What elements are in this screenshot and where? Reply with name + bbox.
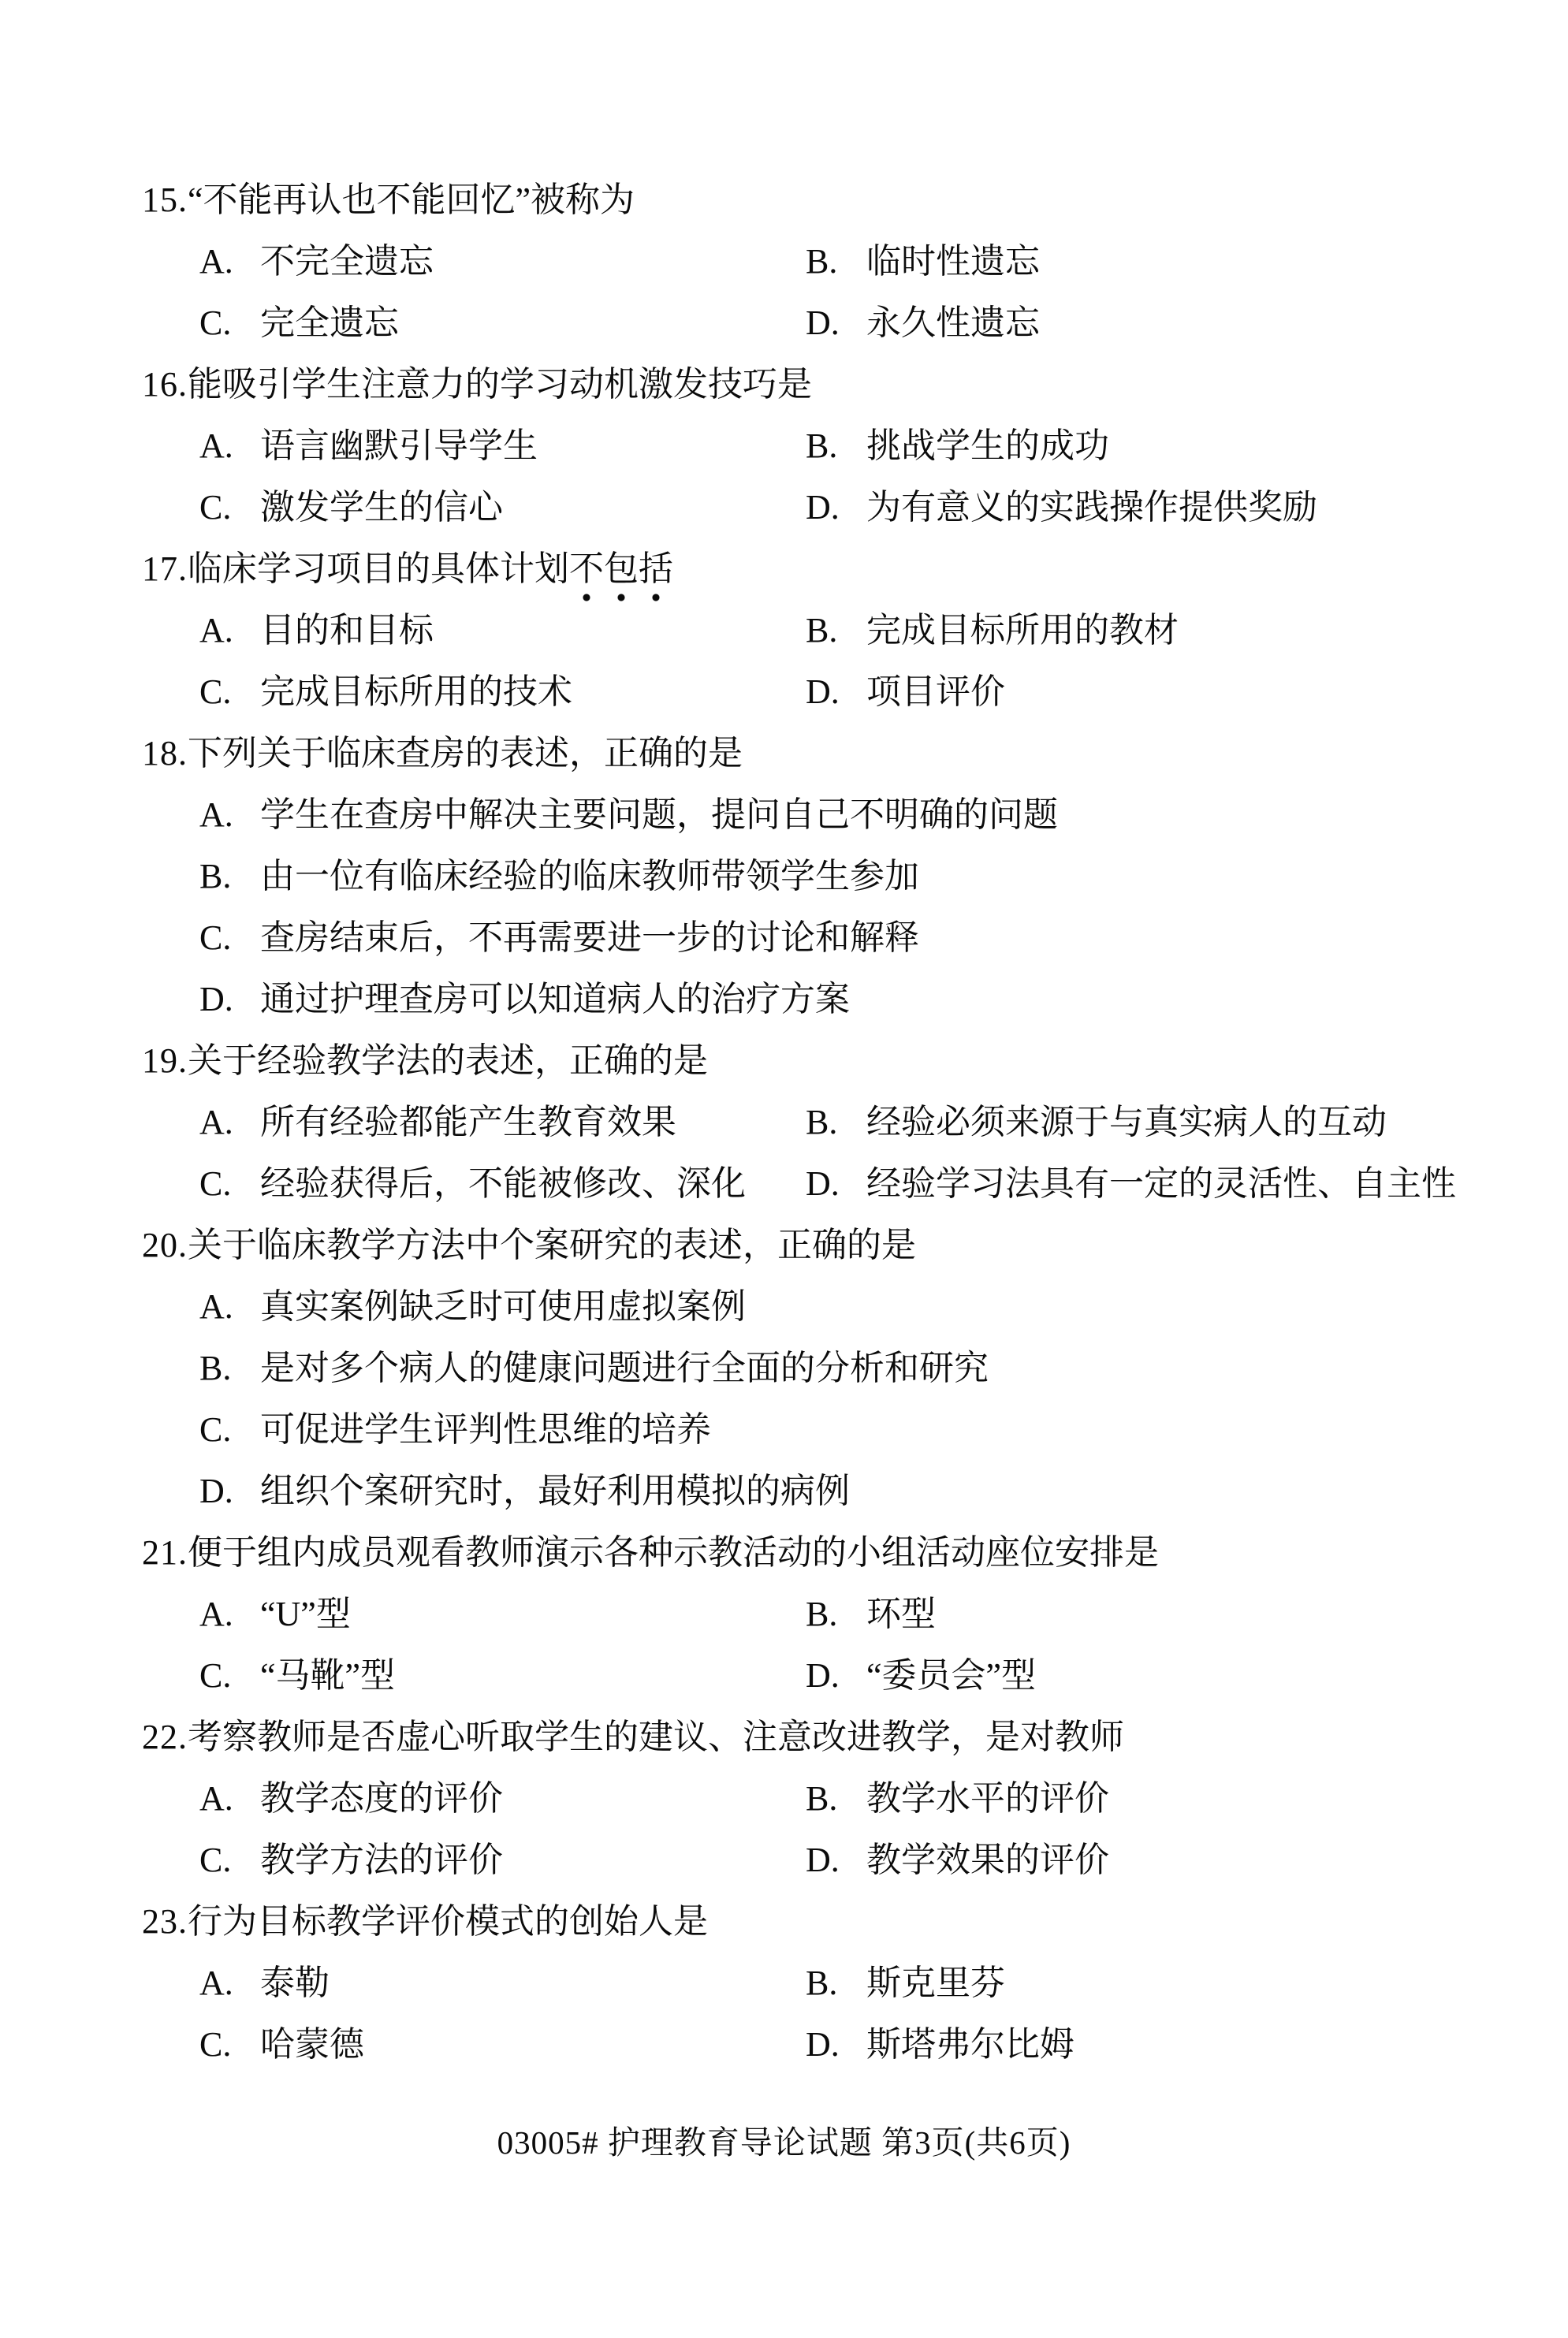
question-22-stem: 22.考察教师是否虚心听取学生的建议、注意改进教学，是对教师 (0, 1714, 1568, 1776)
option-23-c: C.哈蒙德 (199, 2022, 364, 2068)
question-21-options-ab: A.“U”型 B.环型 (0, 1592, 1568, 1653)
question-16-options-cd: C.激发学生的信心 D.为有意义的实践操作提供奖励 (0, 485, 1568, 546)
option-22-a: A.教学态度的评价 (199, 1776, 503, 1822)
option-16-d: D.为有意义的实践操作提供奖励 (806, 485, 1317, 531)
question-17-stem: 17.临床学习项目的具体计划不包括 (0, 546, 1568, 608)
question-20-option-d-row: D.组织个案研究时，最好利用模拟的病例 (0, 1469, 1568, 1530)
option-20-a: A.真实案例缺乏时可使用虚拟案例 (199, 1284, 746, 1330)
option-20-d: D.组织个案研究时，最好利用模拟的病例 (199, 1469, 850, 1514)
question-21-number: 21. (142, 1530, 188, 1576)
question-22-text: 考察教师是否虚心听取学生的建议、注意改进教学，是对教师 (188, 1718, 1124, 1756)
option-15-a: A.不完全遗忘 (199, 239, 434, 285)
question-22-options-ab: A.教学态度的评价 B.教学水平的评价 (0, 1776, 1568, 1837)
option-16-c: C.激发学生的信心 (199, 485, 503, 531)
question-15-text: “不能再认也不能回忆”被称为 (188, 181, 635, 219)
question-21-stem: 21.便于组内成员观看教师演示各种示教活动的小组活动座位安排是 (0, 1530, 1568, 1592)
question-23-text: 行为目标教学评价模式的创始人是 (188, 1902, 708, 1941)
option-15-c: C.完全遗忘 (199, 300, 399, 346)
question-19-number: 19. (142, 1038, 188, 1084)
option-21-d: D.“委员会”型 (806, 1653, 1036, 1699)
option-22-d: D.教学效果的评价 (806, 1837, 1109, 1883)
option-15-d: D.永久性遗忘 (806, 300, 1040, 346)
question-20-stem: 20.关于临床教学方法中个案研究的表述，正确的是 (0, 1223, 1568, 1284)
question-17-text: 临床学习项目的具体计划 (188, 549, 569, 588)
question-23-stem: 23.行为目标教学评价模式的创始人是 (0, 1899, 1568, 1960)
question-18-option-c-row: C.查房结束后，不再需要进一步的讨论和解释 (0, 915, 1568, 977)
question-15-options-cd: C.完全遗忘 D.永久性遗忘 (0, 300, 1568, 362)
option-18-b: B.由一位有临床经验的临床教师带领学生参加 (199, 854, 919, 899)
option-21-c: C.“马靴”型 (199, 1653, 395, 1699)
question-19-text: 关于经验教学法的表述，正确的是 (188, 1041, 708, 1080)
question-15-stem: 15.“不能再认也不能回忆”被称为 (0, 177, 1568, 239)
option-23-b: B.斯克里芬 (806, 1960, 1005, 2006)
question-17-emphasized-text: 不包括 (569, 549, 673, 602)
question-17-options-cd: C.完成目标所用的技术 D.项目评价 (0, 669, 1568, 731)
question-18-number: 18. (142, 731, 188, 776)
question-18-text: 下列关于临床查房的表述，正确的是 (188, 734, 743, 773)
question-16-stem: 16.能吸引学生注意力的学习动机激发技巧是 (0, 362, 1568, 423)
option-21-b: B.环型 (806, 1592, 936, 1637)
question-22-options-cd: C.教学方法的评价 D.教学效果的评价 (0, 1837, 1568, 1899)
option-19-a: A.所有经验都能产生教育效果 (199, 1100, 676, 1145)
option-17-c: C.完成目标所用的技术 (199, 669, 572, 715)
option-19-c: C.经验获得后，不能被修改、深化 (199, 1161, 746, 1207)
option-23-d: D.斯塔弗尔比姆 (806, 2022, 1075, 2068)
option-17-a: A.目的和目标 (199, 608, 434, 653)
exam-paper-page: 15.“不能再认也不能回忆”被称为 A.不完全遗忘 B.临时性遗忘 C.完全遗忘… (0, 0, 1568, 2338)
question-23-number: 23. (142, 1899, 188, 1945)
option-19-d: D.经验学习法具有一定的灵活性、自主性 (806, 1161, 1456, 1207)
question-17-number: 17. (142, 546, 188, 592)
option-18-d: D.通过护理查房可以知道病人的治疗方案 (199, 977, 850, 1022)
question-20-option-b-row: B.是对多个病人的健康问题进行全面的分析和研究 (0, 1346, 1568, 1407)
question-16-text: 能吸引学生注意力的学习动机激发技巧是 (188, 365, 812, 404)
option-15-b: B.临时性遗忘 (806, 239, 1040, 285)
question-20-number: 20. (142, 1223, 188, 1268)
option-22-c: C.教学方法的评价 (199, 1837, 503, 1883)
question-15-options-ab: A.不完全遗忘 B.临时性遗忘 (0, 239, 1568, 300)
question-20-option-a-row: A.真实案例缺乏时可使用虚拟案例 (0, 1284, 1568, 1346)
question-21-options-cd: C.“马靴”型 D.“委员会”型 (0, 1653, 1568, 1714)
option-20-c: C.可促进学生评判性思维的培养 (199, 1407, 711, 1453)
exam-questions: 15.“不能再认也不能回忆”被称为 A.不完全遗忘 B.临时性遗忘 C.完全遗忘… (0, 177, 1568, 2083)
question-20-text: 关于临床教学方法中个案研究的表述，正确的是 (188, 1226, 916, 1264)
question-17-options-ab: A.目的和目标 B.完成目标所用的教材 (0, 608, 1568, 669)
question-22-number: 22. (142, 1714, 188, 1760)
question-19-stem: 19.关于经验教学法的表述，正确的是 (0, 1038, 1568, 1100)
question-16-options-ab: A.语言幽默引导学生 B.挑战学生的成功 (0, 423, 1568, 485)
option-21-a: A.“U”型 (199, 1592, 351, 1637)
option-18-a: A.学生在查房中解决主要问题，提问自己不明确的问题 (199, 792, 1058, 838)
option-16-a: A.语言幽默引导学生 (199, 423, 538, 469)
question-19-options-cd: C.经验获得后，不能被修改、深化 D.经验学习法具有一定的灵活性、自主性 (0, 1161, 1568, 1223)
question-18-option-b-row: B.由一位有临床经验的临床教师带领学生参加 (0, 854, 1568, 915)
question-16-number: 16. (142, 362, 188, 408)
question-19-options-ab: A.所有经验都能产生教育效果 B.经验必须来源于与真实病人的互动 (0, 1100, 1568, 1161)
question-18-stem: 18.下列关于临床查房的表述，正确的是 (0, 731, 1568, 792)
page-footer: 03005# 护理教育导论试题 第3页(共6页) (0, 2122, 1568, 2163)
question-15-number: 15. (142, 177, 188, 223)
question-20-option-c-row: C.可促进学生评判性思维的培养 (0, 1407, 1568, 1469)
option-20-b: B.是对多个病人的健康问题进行全面的分析和研究 (199, 1346, 989, 1391)
question-23-options-ab: A.泰勒 B.斯克里芬 (0, 1960, 1568, 2022)
option-19-b: B.经验必须来源于与真实病人的互动 (806, 1100, 1387, 1145)
option-17-b: B.完成目标所用的教材 (806, 608, 1179, 653)
option-18-c: C.查房结束后，不再需要进一步的讨论和解释 (199, 915, 919, 961)
option-17-d: D.项目评价 (806, 669, 1005, 715)
question-18-option-d-row: D.通过护理查房可以知道病人的治疗方案 (0, 977, 1568, 1038)
question-21-text: 便于组内成员观看教师演示各种示教活动的小组活动座位安排是 (188, 1533, 1159, 1572)
option-22-b: B.教学水平的评价 (806, 1776, 1109, 1822)
question-23-options-cd: C.哈蒙德 D.斯塔弗尔比姆 (0, 2022, 1568, 2083)
option-23-a: A.泰勒 (199, 1960, 330, 2006)
question-18-option-a-row: A.学生在查房中解决主要问题，提问自己不明确的问题 (0, 792, 1568, 854)
option-16-b: B.挑战学生的成功 (806, 423, 1109, 469)
